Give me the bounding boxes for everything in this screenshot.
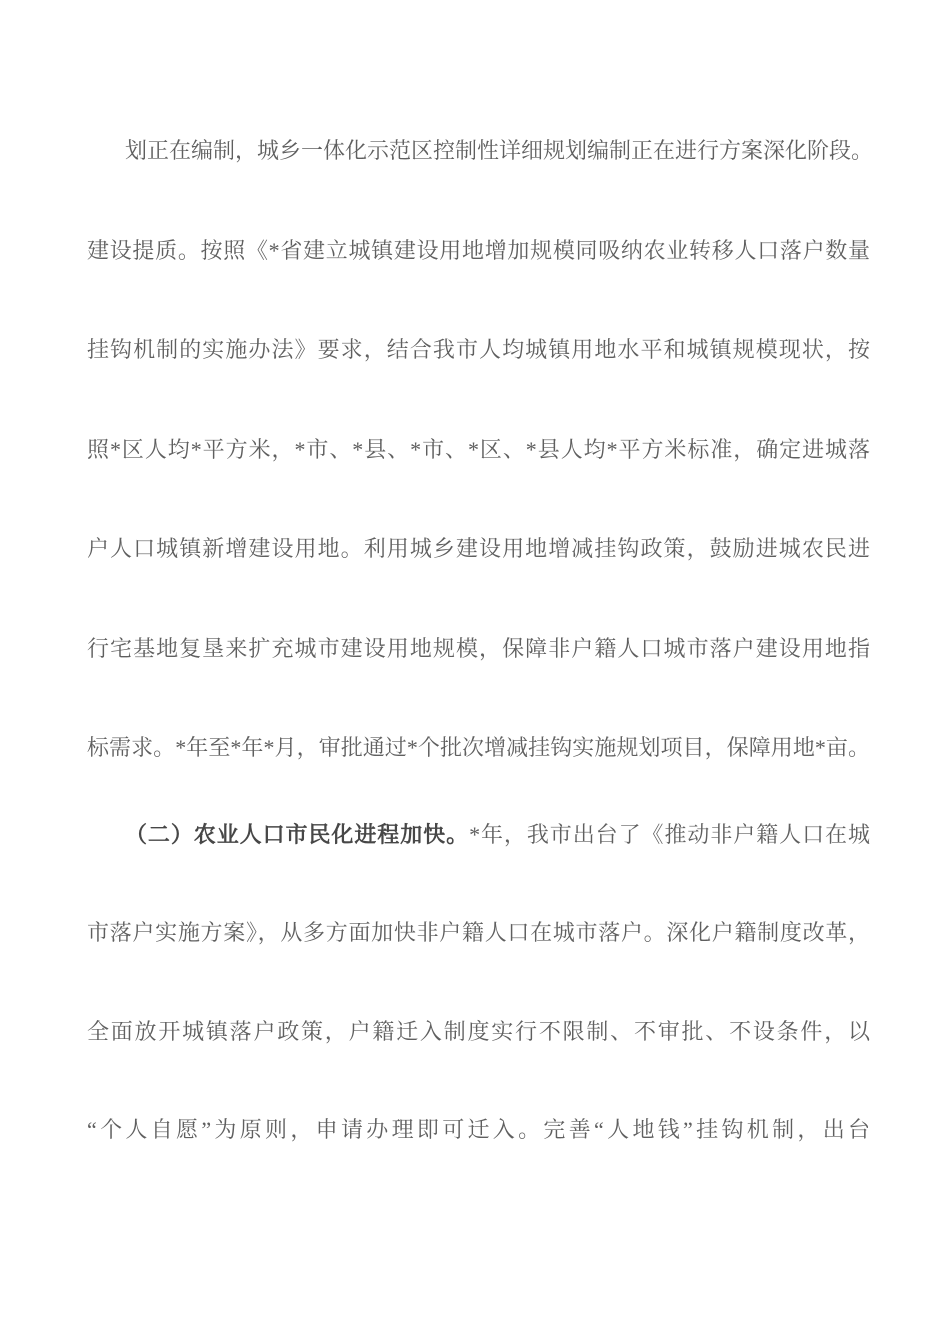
- paragraph-block: （二）农业人口市民化进程加快。*年，我市出台了《推动非户籍人口在城市落户实施方案…: [87, 786, 870, 1179]
- document-text-line: 照*区人均*平方米，*市、*县、*市、*区、*县人均*平方米标准，确定进城落: [87, 400, 870, 500]
- document-text-line: 建设提质。按照《*省建立城镇建设用地增加规模同吸纳农业转移人口落户数量: [87, 201, 870, 301]
- body-text: 全面放开城镇落户政策，户籍迁入制度实行不限制、不审批、不设条件，以: [87, 1019, 870, 1044]
- body-text: 建设提质。按照《*省建立城镇建设用地增加规模同吸纳农业转移人口落户数量: [87, 238, 870, 263]
- document-text-line: 标需求。*年至*年*月，审批通过*个批次增减挂钩实施规划项目，保障用地*亩。: [87, 698, 870, 798]
- body-text: 标需求。*年至*年*月，审批通过*个批次增减挂钩实施规划项目，保障用地*亩。: [87, 735, 870, 760]
- document-text-line: “个人自愿”为原则，申请办理即可迁入。完善“人地钱”挂钩机制，出台: [87, 1081, 870, 1179]
- body-text: 市落户实施方案》，从多方面加快非户籍人口在城市落户。深化户籍制度改革，: [87, 920, 870, 945]
- body-text: 户人口城镇新增建设用地。利用城乡建设用地增减挂钩政策，鼓励进城农民进: [87, 536, 870, 561]
- paragraph-block: 划正在编制，城乡一体化示范区控制性详细规划编制正在进行方案深化阶段。建设提质。按…: [87, 101, 870, 798]
- document-text-line: 行宅基地复垦来扩充城市建设用地规模，保障非户籍人口城市落户建设用地指: [87, 599, 870, 699]
- document-text-line: 挂钩机制的实施办法》要求，结合我市人均城镇用地水平和城镇规模现状，按: [87, 300, 870, 400]
- document-page: 划正在编制，城乡一体化示范区控制性详细规划编制正在进行方案深化阶段。建设提质。按…: [0, 0, 950, 1344]
- document-text-line: 户人口城镇新增建设用地。利用城乡建设用地增减挂钩政策，鼓励进城农民进: [87, 499, 870, 599]
- document-text-line: 划正在编制，城乡一体化示范区控制性详细规划编制正在进行方案深化阶段。: [87, 101, 870, 201]
- body-text: 行宅基地复垦来扩充城市建设用地规模，保障非户籍人口城市落户建设用地指: [87, 636, 870, 661]
- document-text-line: 全面放开城镇落户政策，户籍迁入制度实行不限制、不审批、不设条件，以: [87, 983, 870, 1081]
- document-text-line: 市落户实施方案》，从多方面加快非户籍人口在城市落户。深化户籍制度改革，: [87, 884, 870, 982]
- document-text-line: （二）农业人口市民化进程加快。*年，我市出台了《推动非户籍人口在城: [87, 786, 870, 884]
- body-text: “个人自愿”为原则，申请办理即可迁入。完善“人地钱”挂钩机制，出台: [87, 1117, 870, 1142]
- bold-heading-text: （二）农业人口市民化进程加快。: [125, 822, 469, 847]
- body-text: 挂钩机制的实施办法》要求，结合我市人均城镇用地水平和城镇规模现状，按: [87, 337, 870, 362]
- body-text: 照*区人均*平方米，*市、*县、*市、*区、*县人均*平方米标准，确定进城落: [87, 437, 870, 462]
- body-text: 划正在编制，城乡一体化示范区控制性详细规划编制正在进行方案深化阶段。: [125, 138, 873, 163]
- body-text: *年，我市出台了《推动非户籍人口在城: [469, 822, 870, 847]
